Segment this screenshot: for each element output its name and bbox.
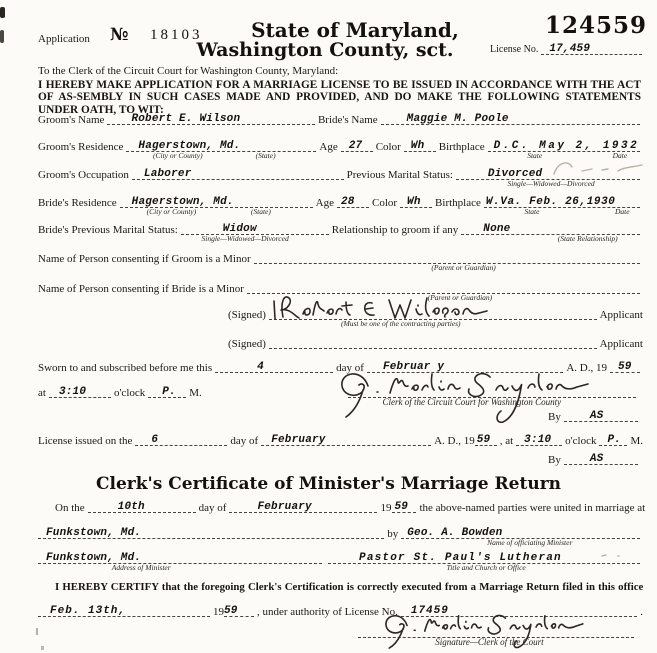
marital-options-caption: Single—Widowed—Divorced [202, 235, 289, 243]
parent-guardian-caption: (Parent or Guardian) [431, 264, 495, 272]
issue-day-line: 6 [135, 441, 227, 446]
bride-name-label: Bride's Name [318, 114, 378, 126]
pencil-mark [598, 548, 638, 560]
oclock-label: o'clock [114, 387, 145, 399]
license-issued-prefix: License issued on the [38, 435, 132, 447]
applicant2-signature-line [269, 344, 597, 349]
minister-title-line: Pastor St. Paul's Lutheran Title and Chu… [328, 559, 640, 564]
bride-color-line: Wh [400, 203, 432, 208]
minister-name-value: Geo. A. Bowden [407, 527, 502, 539]
consent-groom-line: (Parent or Guardian) [254, 259, 640, 264]
color-label: Color [372, 197, 397, 209]
relationship-line: None (State Relationship) [461, 230, 640, 235]
relationship-value: None [483, 223, 510, 235]
color-label: Color [376, 141, 401, 153]
sworn-prefix: Sworn to and subscribed before me this [38, 362, 212, 374]
state-caption: (State) [256, 152, 276, 160]
sworn-day-line: 4 [215, 368, 333, 373]
scan-artifact [0, 7, 5, 18]
pencil-mark [548, 154, 650, 184]
groom-prev-marital-value: Divorced [488, 168, 542, 180]
groom-occupation-value: Laborer [144, 168, 192, 180]
birthplace-state-caption: State [527, 152, 542, 160]
bride-prev-marital-line: Widow Single—Widowed—Divorced [181, 230, 329, 235]
bride-color-value: Wh [407, 196, 421, 208]
scan-artifact [36, 628, 38, 635]
signed-label: (Signed) [228, 338, 266, 350]
addressee-line: To the Clerk of the Circuit Court for Wa… [38, 65, 338, 77]
groom-color-line: Wh [404, 147, 436, 152]
bride-residence-line: Hagerstown, Md. (City or County) (State) [120, 203, 313, 208]
groom-name-line: Robert E. Wilson [107, 120, 314, 125]
bride-birthplace-line: W.Va. Feb. 26,1930 State Date [484, 203, 640, 208]
by-minister-label: by [387, 528, 398, 540]
oath-paragraph: I HEREBY MAKE APPLICATION FOR A MARRIAGE… [38, 79, 641, 116]
groom-birthplace-line: D.C. May 2, 1932 State Date [488, 147, 640, 152]
consent-groom-label: Name of Person consenting if Groom is a … [38, 253, 251, 265]
sworn-time-value: 3:10 [59, 386, 86, 398]
minister-title-value: Pastor St. Paul's Lutheran [359, 552, 562, 564]
consent-bride-label: Name of Person consenting if Bride is a … [38, 283, 244, 295]
groom-age-line: 27 [341, 147, 373, 152]
sworn-meridiem-value: P. [162, 386, 176, 398]
return-day-value: 10th [118, 501, 145, 513]
issue-year-line: 59 [475, 441, 497, 446]
cert-date-line: Feb. 13th, [38, 612, 210, 617]
groom-residence-line: Hagerstown, Md. (City or County) (State) [126, 147, 316, 152]
ad-label: A. D., 19 [434, 435, 475, 447]
certification-text: I HEREBY CERTIFY that the foregoing Cler… [55, 581, 643, 593]
return-section-heading: Clerk's Certificate of Minister's Marria… [0, 474, 657, 494]
marriage-place-line: Funkstown, Md. [38, 534, 384, 539]
application-label: Application [38, 33, 90, 45]
groom-residence-label: Groom's Residence [38, 141, 123, 153]
applicant-signature-line: (Must be one of the contracting parties) [269, 315, 597, 320]
relationship-caption: (State Relationship) [558, 235, 618, 243]
cert-year-value: 59 [224, 605, 238, 617]
relationship-label: Relationship to groom if any [332, 224, 458, 236]
issue-time-line: 3:10 [516, 441, 562, 446]
scan-artifact [0, 30, 4, 43]
return-year-line: 59 [392, 508, 416, 513]
minister-address-caption: Address of Minister [112, 564, 171, 572]
groom-occupation-label: Groom's Occupation [38, 169, 129, 181]
groom-occupation-line: Laborer [132, 175, 344, 180]
county-title: Washington County, sct. [165, 39, 485, 61]
sworn-meridiem-line: P. [148, 393, 186, 398]
signed-label: (Signed) [228, 309, 266, 321]
applicant-label: Applicant [600, 338, 643, 350]
sworn-time-line: 3:10 [49, 393, 111, 398]
birthplace-label: Birthplace [435, 197, 481, 209]
groom-birthplace-value: D.C. May 2, 1932 [494, 140, 640, 152]
authority-text: , under authority of License No. [257, 606, 398, 618]
return-day-line: 10th [88, 508, 196, 513]
birthplace-date-caption: Date [615, 208, 630, 216]
day-of-label: day of [199, 502, 227, 514]
minister-name-line: Geo. A. Bowden Name of officiating Minis… [401, 534, 640, 539]
bride-birthplace-value: W.Va. Feb. 26,1930 [486, 196, 616, 208]
marriage-application-document: Application № 18103 State of Maryland, W… [0, 0, 657, 653]
bride-prev-marital-value: Widow [223, 223, 257, 235]
day-of-label: day of [230, 435, 258, 447]
applicant-signature [271, 291, 531, 325]
minister-title-caption: Title and Church or Office [446, 564, 525, 572]
return-year-value: 59 [394, 501, 408, 513]
issue-month-value: February [271, 434, 325, 446]
groom-residence-value: Hagerstown, Md. [138, 140, 240, 152]
bride-prev-marital-label: Bride's Previous Marital Status: [38, 224, 178, 236]
groom-name-value: Robert E. Wilson [131, 113, 240, 125]
bottom-clerk-signature [378, 606, 628, 653]
prev-marital-label: Previous Marital Status: [347, 169, 453, 181]
at-label: at [38, 387, 46, 399]
groom-color-value: Wh [411, 140, 425, 152]
clerk-signature [332, 360, 642, 436]
license-no-label: License No. [490, 44, 538, 56]
groom-name-label: Groom's Name [38, 114, 104, 126]
city-county-caption: (City or County) [153, 152, 203, 160]
at-label: , at [500, 435, 513, 447]
groom-age-value: 27 [349, 140, 363, 152]
applicant-label: Applicant [600, 309, 643, 321]
minister-caption: Name of officiating Minister [487, 539, 572, 547]
birthplace-state-caption: State [524, 208, 539, 216]
license-no-line: 17,459 [541, 50, 642, 55]
city-county-caption: (City or County) [147, 208, 197, 216]
by-initials-line-2: AS [564, 460, 638, 465]
marriage-place-value: Funkstown, Md. [46, 527, 141, 539]
scan-artifact [41, 646, 44, 650]
serial-number: 124559 [545, 12, 647, 39]
by-label: By [548, 454, 561, 466]
issue-day-value: 6 [151, 434, 158, 446]
age-label: Age [319, 141, 337, 153]
bride-age-value: 28 [341, 196, 355, 208]
issue-month-line: February [261, 441, 431, 446]
by-initials-value-2: AS [590, 453, 604, 465]
m-label: M. [189, 387, 202, 399]
bride-age-line: 28 [337, 203, 369, 208]
sworn-day-value: 4 [257, 361, 264, 373]
minister-address-value: Funkstown, Md. [46, 552, 141, 564]
bride-residence-value: Hagerstown, Md. [132, 196, 234, 208]
bride-residence-label: Bride's Residence [38, 197, 117, 209]
issue-meridiem-line: P. [599, 441, 627, 446]
united-text: the above-named parties were united in m… [419, 502, 645, 514]
return-month-line: February [229, 508, 377, 513]
application-no-symbol: № [110, 25, 128, 45]
bride-name-line: Maggie M. Poole [381, 120, 640, 125]
cert-date-value: Feb. 13th, [50, 605, 126, 617]
state-caption: (State) [251, 208, 271, 216]
cert-year-line: 59 [224, 612, 254, 617]
year-prefix-label: 19 [380, 502, 391, 514]
on-the-label: On the [55, 502, 85, 514]
period-label: . [640, 606, 643, 618]
oclock-label: o'clock [565, 435, 596, 447]
cert-year-prefix: 19 [213, 606, 224, 618]
m-label: M. [630, 435, 643, 447]
minister-address-line: Funkstown, Md. Address of Minister [38, 559, 322, 564]
bride-name-value: Maggie M. Poole [407, 113, 509, 125]
birthplace-label: Birthplace [439, 141, 485, 153]
license-no-value: 17,459 [549, 43, 590, 55]
age-label: Age [316, 197, 334, 209]
return-month-value: February [257, 501, 311, 513]
